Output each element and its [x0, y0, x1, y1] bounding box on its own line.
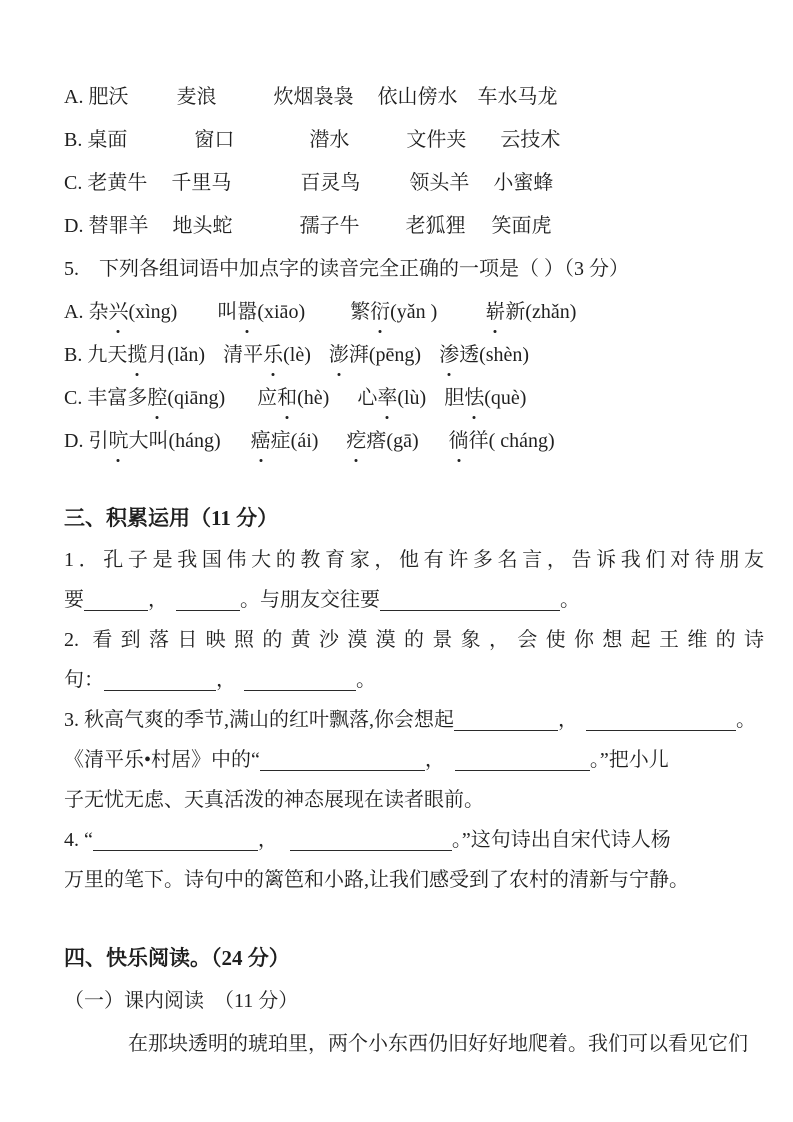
text-run: 在那块透明的琥珀里，两个小东西仍旧好好地爬着。我们可以看见它们 — [128, 1033, 748, 1055]
question2-line1: 2. 看到落日映照的黄沙漠漠的景象，会使你想起王维的诗 — [64, 620, 764, 660]
text-run: 依山傍水 — [377, 86, 457, 108]
text-run: 千里马 — [171, 172, 231, 194]
text-run: 小蜜蜂 — [493, 172, 553, 194]
text-run: 胆 — [444, 387, 464, 409]
word-group-row-d: D. 替罪羊地头蛇孺子牛老狐狸笑面虎 — [64, 205, 773, 248]
text-run: 1．孔子是我国伟大的教育家，他有许多名言，告诉我们对待朋友 — [64, 549, 764, 571]
text-run: 症(ái) — [271, 430, 319, 452]
text-run: 老狐狸 — [405, 215, 465, 237]
text-run: D. 引 — [64, 430, 108, 452]
answer-blank[interactable] — [586, 716, 736, 731]
answer-blank[interactable] — [454, 716, 558, 731]
text-run: 窗口 — [194, 129, 234, 151]
pinyin-option-a: A. 杂兴(xìng)叫嚣(xiāo)繁衍(yǎn )崭新(zhǎn) — [64, 291, 773, 334]
text-run: C. 丰富多 — [64, 387, 147, 409]
dotted-char: 怯 — [464, 377, 484, 420]
text-run: ， — [216, 669, 236, 691]
text-run: 应 — [257, 387, 277, 409]
text-run: 月(lǎn) — [147, 344, 205, 366]
text-run: A. 杂 — [64, 301, 108, 323]
text-run: 大叫(háng) — [128, 430, 220, 452]
text-run: 领头羊 — [409, 172, 469, 194]
dotted-char: 疙 — [346, 420, 366, 463]
dotted-char: 乐 — [263, 334, 283, 377]
text-run: （一）课内阅读 （11 分） — [64, 990, 298, 1012]
text-run: 叫 — [217, 301, 237, 323]
question3-line3: 子无忧无虑、天真活泼的神态展现在读者眼前。 — [64, 780, 773, 820]
text-run: 心 — [357, 387, 377, 409]
reading-passage-line: 在那块透明的琥珀里，两个小东西仍旧好好地爬着。我们可以看见它们 — [64, 1023, 773, 1066]
section4-heading: 四、快乐阅读。（24 分） — [64, 937, 773, 980]
text-run: 万里的笔下。诗句中的篱笆和小路,让我们感受到了农村的清新与宁静。 — [64, 869, 689, 891]
text-run: (què) — [484, 387, 526, 409]
text-run: (yǎn ) — [390, 301, 437, 323]
text-run: 云技术 — [500, 129, 560, 151]
word-group-row-c: C. 老黄牛千里马百灵鸟领头羊小蜜蜂 — [64, 162, 773, 205]
pinyin-option-d: D. 引吭大叫(háng)癌症(ái)疙瘩(gā)徜徉( cháng) — [64, 420, 773, 463]
text-run: 麦浪 — [176, 86, 216, 108]
text-run: 句： — [64, 669, 104, 691]
text-run: 瘩(gā) — [366, 430, 418, 452]
dotted-char: 和 — [277, 377, 297, 420]
answer-blank[interactable] — [176, 596, 240, 611]
text-run: (xìng) — [128, 301, 177, 323]
text-run: 。 — [736, 709, 756, 731]
text-run: 湃(pēng) — [349, 344, 421, 366]
text-run: 地头蛇 — [172, 215, 232, 237]
text-run: 文件夹 — [406, 129, 466, 151]
answer-blank[interactable] — [260, 756, 425, 771]
answer-blank[interactable] — [380, 596, 560, 611]
answer-blank[interactable] — [104, 676, 216, 691]
question4-line2: 万里的笔下。诗句中的篱笆和小路,让我们感受到了农村的清新与宁静。 — [64, 860, 773, 900]
text-run: 3. 秋高气爽的季节,满山的红叶飘落,你会想起 — [64, 709, 454, 731]
dotted-char: 嚣 — [237, 291, 257, 334]
text-run: 2. 看到落日映照的黄沙漠漠的景象，会使你想起王维的诗 — [64, 629, 764, 651]
answer-blank[interactable] — [244, 676, 356, 691]
text-run: 。”把小儿 — [590, 749, 669, 771]
text-run: ， — [258, 829, 278, 851]
answer-blank[interactable] — [290, 836, 452, 851]
question3-line2: 《清平乐•村居》中的“，。”把小儿 — [64, 740, 773, 780]
text-run: ， — [148, 589, 168, 611]
text-run: (hè) — [297, 387, 329, 409]
text-run: 。 — [356, 669, 376, 691]
text-run: 要 — [64, 589, 84, 611]
text-run: ， — [425, 749, 445, 771]
text-run: 笑面虎 — [491, 215, 551, 237]
word-group-row-a: A. 肥沃麦浪炊烟袅袅依山傍水车水马龙 — [64, 76, 773, 119]
pinyin-option-c: C. 丰富多腔(qiāng)应和(hè)心率(lù)胆怯(què) — [64, 377, 773, 420]
document-page: A. 肥沃麦浪炊烟袅袅依山傍水车水马龙B. 桌面窗口潜水文件夹云技术C. 老黄牛… — [0, 0, 793, 1122]
dotted-char: 癌 — [251, 420, 271, 463]
dotted-char: 吭 — [108, 420, 128, 463]
text-run: 车水马龙 — [477, 86, 557, 108]
dotted-char: 率 — [377, 377, 397, 420]
text-run: A. 肥沃 — [64, 86, 128, 108]
text-run: 孺子牛 — [299, 215, 359, 237]
question1-line1: 1．孔子是我国伟大的教育家，他有许多名言，告诉我们对待朋友 — [64, 540, 764, 580]
text-run: 《清平乐•村居》中的“ — [64, 749, 260, 771]
question5-stem: 5. 下列各组词语中加点字的读音完全正确的一项是（ ）（3 分） — [64, 248, 773, 291]
answer-blank[interactable] — [84, 596, 148, 611]
text-run: 。”这句诗出自宋代诗人杨 — [452, 829, 671, 851]
text-run: C. 老黄牛 — [64, 172, 147, 194]
text-run: (lè) — [283, 344, 311, 366]
text-run: B. 九天 — [64, 344, 127, 366]
text-run: B. 桌面 — [64, 129, 127, 151]
dotted-char: 澎 — [329, 334, 349, 377]
dotted-char: 兴 — [108, 291, 128, 334]
subsection-heading: （一）课内阅读 （11 分） — [64, 980, 773, 1023]
dotted-char: 衍 — [370, 291, 390, 334]
text-run: (lù) — [397, 387, 426, 409]
text-run: 5. 下列各组词语中加点字的读音完全正确的一项是（ ）（3 分） — [64, 258, 629, 280]
dotted-char: 腔 — [147, 377, 167, 420]
text-run: 。与朋友交往要 — [240, 589, 380, 611]
text-run: 百灵鸟 — [300, 172, 360, 194]
question2-line2: 句：，。 — [64, 660, 773, 700]
section3-heading: 三、积累运用（11 分） — [64, 497, 773, 540]
text-run: 子无忧无虑、天真活泼的神态展现在读者眼前。 — [64, 789, 484, 811]
text-run: 三、积累运用（11 分） — [64, 506, 278, 530]
text-run: 透(shèn) — [459, 344, 529, 366]
text-run: 繁 — [350, 301, 370, 323]
text-run: (xiāo) — [257, 301, 305, 323]
text-run: 四、快乐阅读。（24 分） — [64, 946, 290, 970]
question3-line1: 3. 秋高气爽的季节,满山的红叶飘落,你会想起，。 — [64, 700, 773, 740]
answer-blank[interactable] — [455, 756, 590, 771]
question4-line1: 4. “，。”这句诗出自宋代诗人杨 — [64, 820, 773, 860]
pinyin-option-b: B. 九天揽月(lǎn)清平乐(lè)澎湃(pēng)渗透(shèn) — [64, 334, 773, 377]
dotted-char: 揽 — [127, 334, 147, 377]
dotted-char: 渗 — [439, 334, 459, 377]
word-group-row-b: B. 桌面窗口潜水文件夹云技术 — [64, 119, 773, 162]
text-run: 潜水 — [309, 129, 349, 151]
text-run: 炊烟袅袅 — [273, 86, 353, 108]
dotted-char: 徜 — [449, 420, 469, 463]
text-run: 。 — [560, 589, 580, 611]
text-run: (qiāng) — [167, 387, 225, 409]
text-run: ， — [558, 709, 578, 731]
text-run: 4. “ — [64, 829, 93, 851]
dotted-char: 崭 — [485, 291, 505, 334]
text-run: 徉( cháng) — [469, 430, 555, 452]
answer-blank[interactable] — [93, 836, 258, 851]
question1-line2: 要，。与朋友交往要。 — [64, 580, 773, 620]
text-run: 清平 — [223, 344, 263, 366]
text-run: 新(zhǎn) — [505, 301, 576, 323]
text-run: D. 替罪羊 — [64, 215, 148, 237]
